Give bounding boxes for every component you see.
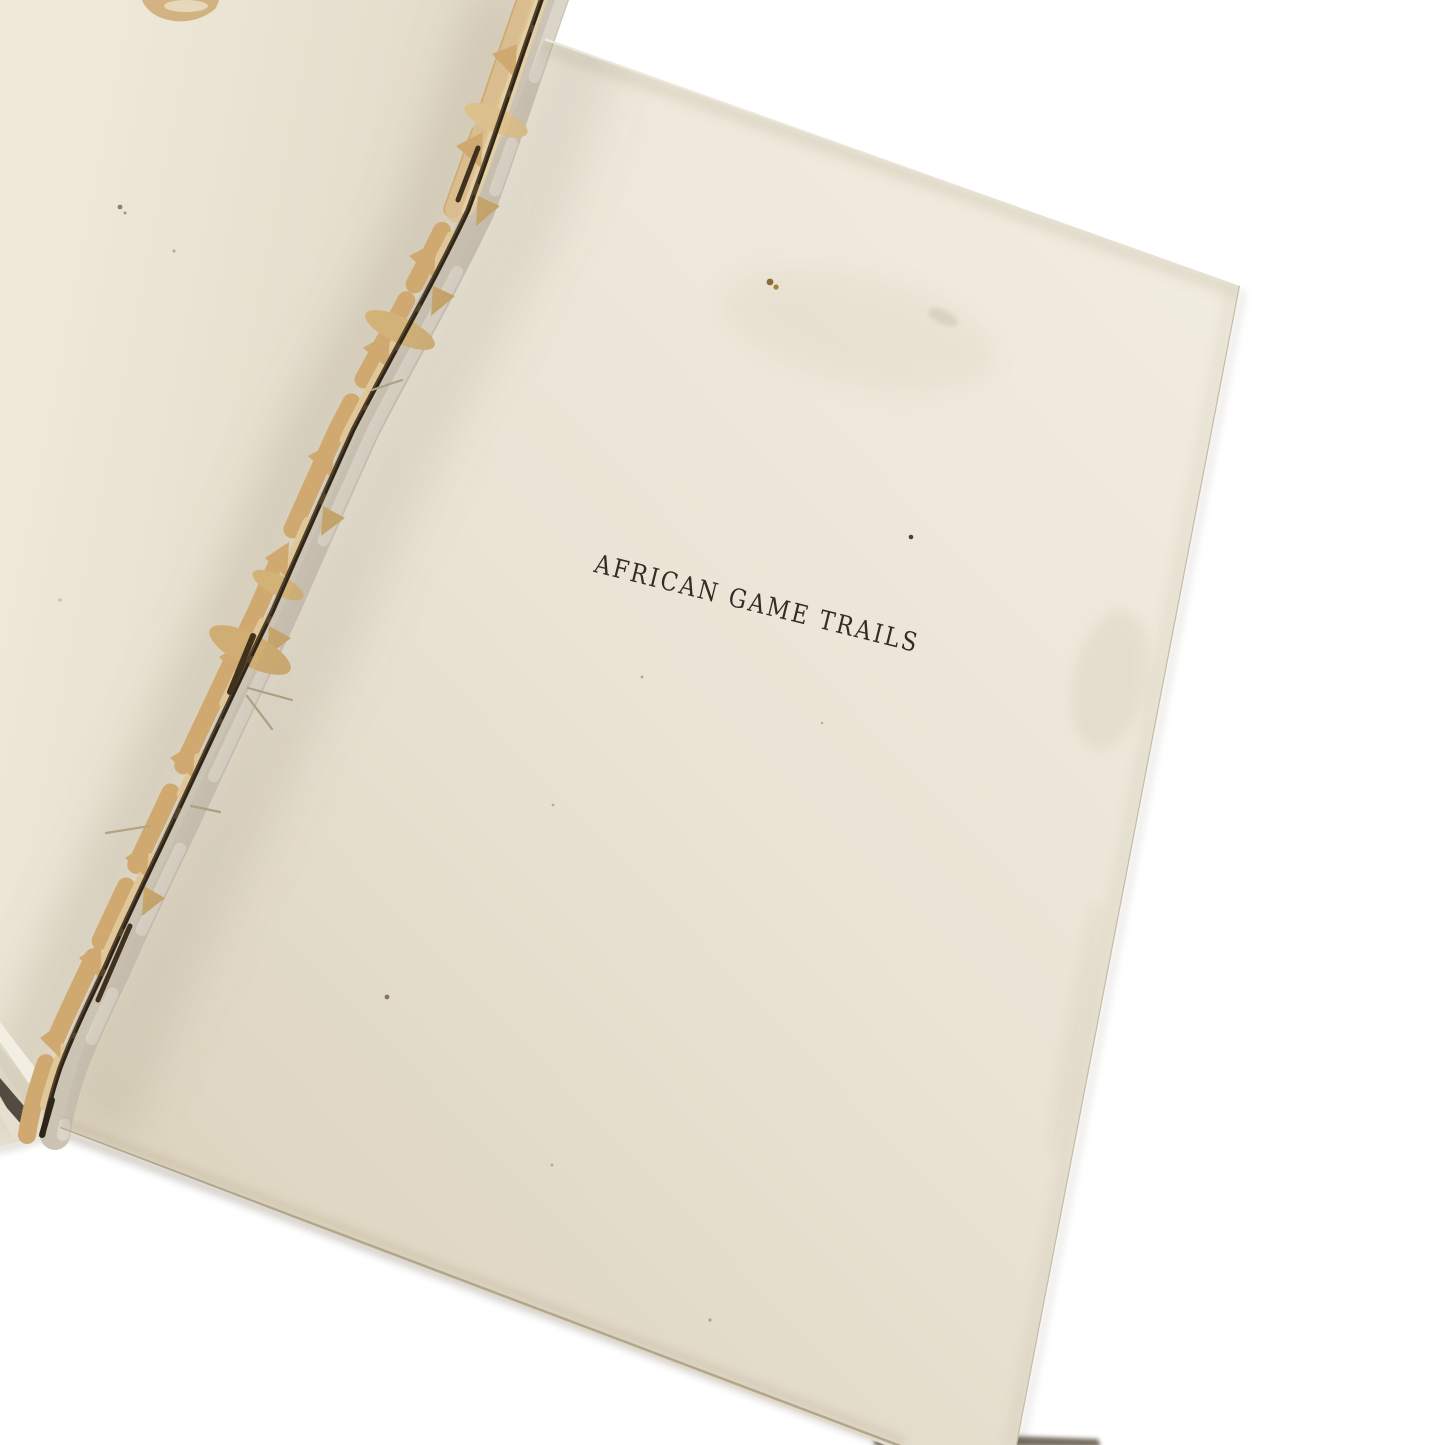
- book-photo: AFRICAN GAME TRAILS: [0, 0, 1445, 1445]
